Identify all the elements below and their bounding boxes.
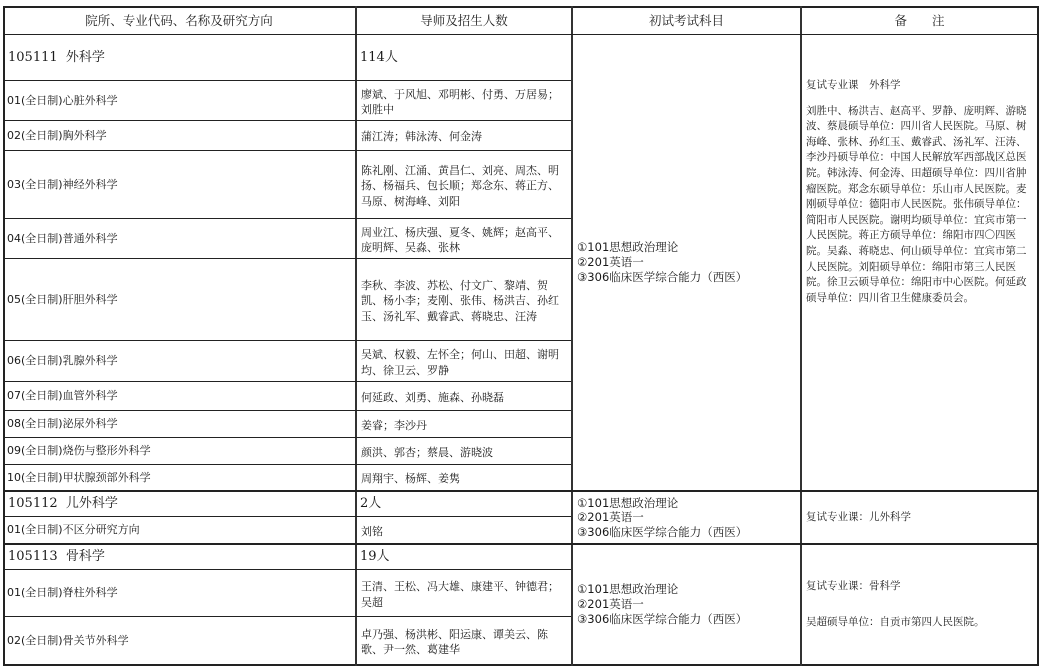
major-quota: 114人 — [357, 35, 571, 80]
direction-name: 02(全日制)胸外科学 — [5, 121, 355, 150]
retest-course: 复试专业课 外科学 — [806, 78, 1034, 94]
direction-tutors: 蒲江涛；韩泳涛、何金涛 — [357, 121, 569, 150]
major-title: 105112 儿外科学 — [5, 492, 355, 516]
direction-tutors: 何延政、刘勇、施森、孙晓磊 — [357, 382, 569, 410]
direction-name: 10(全日制)甲状腺颈部外科学 — [5, 465, 355, 490]
direction-name: 06(全日制)乳腺外科学 — [5, 341, 355, 381]
header-tutors: 导师及招生人数 — [357, 8, 571, 34]
direction-tutors: 廖斌、于风旭、邓明彬、付勇、万居易；刘胜中 — [357, 81, 569, 120]
tutor-units: 刘胜中、杨洪吉、赵高平、罗静、庞明辉、游晓波、蔡晨硕导单位：四川省人民医院。马原… — [806, 104, 1034, 307]
major-quota: 19人 — [357, 545, 571, 569]
direction-tutors: 周业江、杨庆强、夏冬、姚辉；赵高平、庞明辉、吴淼、张林 — [357, 219, 569, 258]
direction-tutors: 吴斌、权毅、左怀全；何山、田超、谢明均、徐卫云、罗静 — [357, 341, 569, 381]
major-title: 105113 骨科学 — [5, 545, 355, 569]
remarks: 复试专业课 外科学 刘胜中、杨洪吉、赵高平、罗静、庞明辉、游晓波、蔡晨硕导单位：… — [803, 78, 1037, 478]
direction-name: 04(全日制)普通外科学 — [5, 219, 355, 258]
exam-subjects: ①101思想政治理论 ②201英语一 ③306临床医学综合能力（西医） — [573, 545, 800, 664]
retest-course: 复试专业课：骨科学 — [806, 579, 1034, 595]
direction-tutors: 李秋、李波、苏松、付文广、黎靖、贺凯、杨小李；麦刚、张伟、杨洪吉、孙红玉、汤礼军… — [357, 259, 569, 340]
direction-name: 09(全日制)烧伤与整形外科学 — [5, 438, 355, 464]
direction-name: 01(全日制)心脏外科学 — [5, 81, 355, 120]
major-title: 105111 外科学 — [5, 35, 355, 80]
tutor-units: 吴超硕导单位：自贡市第四人民医院。 — [806, 615, 1034, 631]
remarks: 复试专业课：儿外科学 — [803, 492, 1037, 543]
exam-subjects: ①101思想政治理论 ②201英语一 ③306临床医学综合能力（西医） — [573, 492, 800, 543]
direction-tutors: 卓乃强、杨洪彬、阳运康、谭美云、陈歌、尹一然、葛建华 — [357, 617, 569, 664]
exam-subjects: ①101思想政治理论 ②201英语一 ③306临床医学综合能力（西医） — [573, 35, 800, 490]
direction-name: 07(全日制)血管外科学 — [5, 382, 355, 410]
direction-tutors: 陈礼刚、江涌、黄昌仁、刘亮、周杰、明扬、杨福兵、包长顺；郑念东、蒋正方、马原、树… — [357, 151, 569, 218]
direction-name: 01(全日制)脊柱外科学 — [5, 570, 355, 616]
direction-name: 01(全日制)不区分研究方向 — [5, 517, 355, 543]
direction-name: 05(全日制)肝胆外科学 — [5, 259, 355, 340]
header-exam-subjects: 初试考试科目 — [573, 8, 800, 34]
direction-name: 02(全日制)骨关节外科学 — [5, 617, 355, 664]
direction-tutors: 王清、王松、冯大雄、康建平、钟德君；吴超 — [357, 570, 569, 616]
direction-name: 08(全日制)泌尿外科学 — [5, 411, 355, 437]
major-quota: 2人 — [357, 492, 571, 516]
direction-tutors: 刘铭 — [357, 517, 569, 543]
header-program: 院所、专业代码、名称及研究方向 — [3, 8, 355, 34]
remarks: 复试专业课：骨科学 吴超硕导单位：自贡市第四人民医院。 — [803, 545, 1037, 664]
column-divider — [800, 6, 802, 666]
direction-tutors: 颜洪、郭杏；蔡晨、游晓波 — [357, 438, 569, 464]
direction-tutors: 周翔宇、杨辉、姜隽 — [357, 465, 569, 490]
retest-course: 复试专业课：儿外科学 — [806, 510, 911, 526]
direction-tutors: 姜睿；李沙丹 — [357, 411, 569, 437]
header-remarks: 备 注 — [802, 8, 1037, 34]
direction-name: 03(全日制)神经外科学 — [5, 151, 355, 218]
